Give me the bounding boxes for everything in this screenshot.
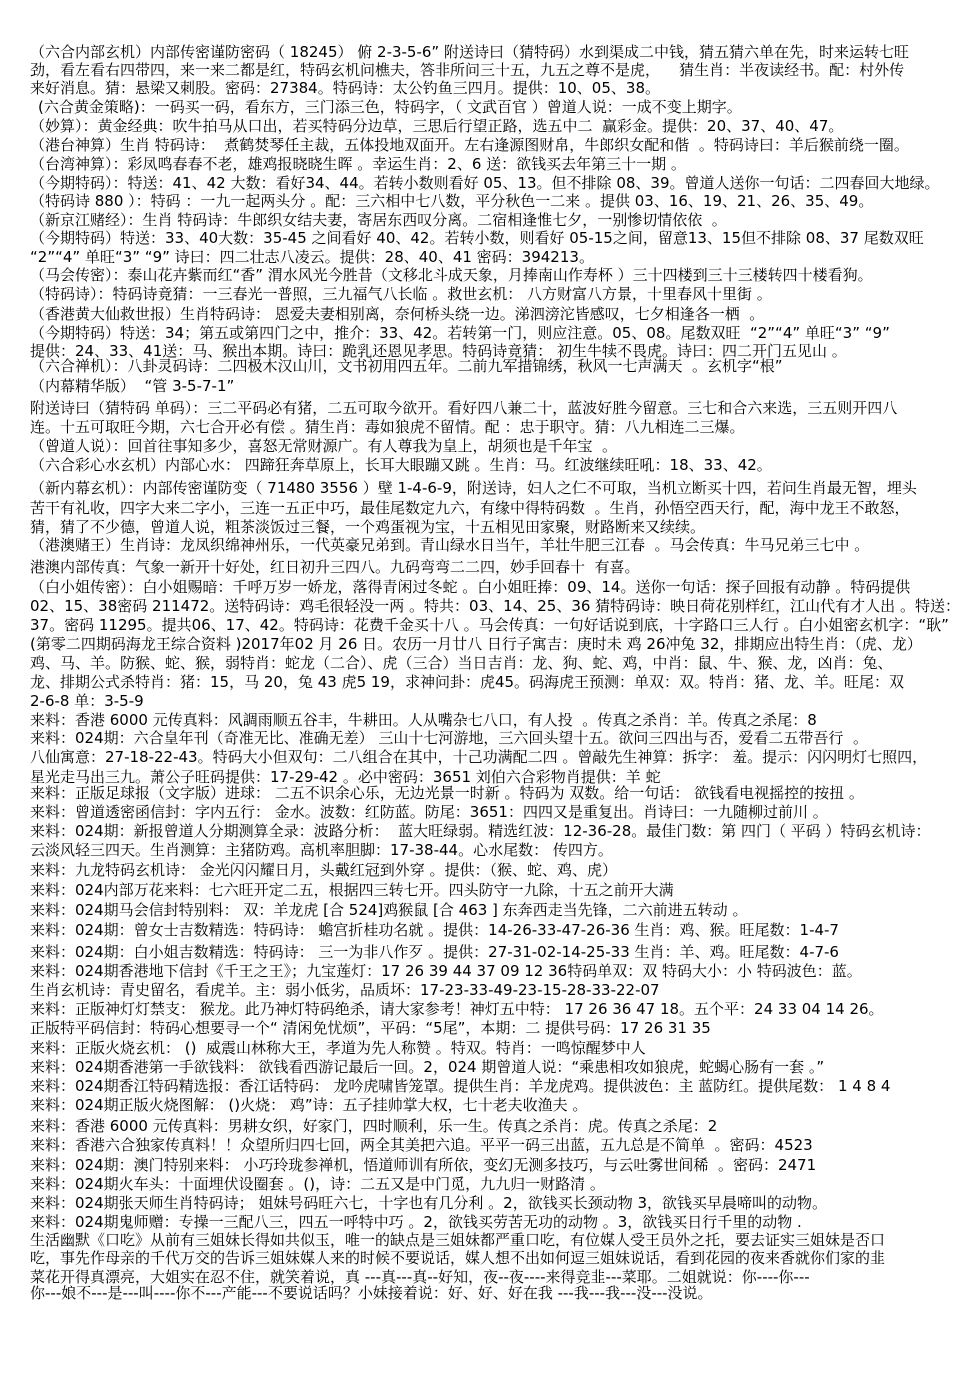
text-line: 生肖玄机诗：青史留名，看虎羊。主：弱小低劣，品质坏：17-23-33-49-23… (30, 981, 660, 999)
text-line: 来料：024期火车头：十面埋伏设圈套 。()，诗：二五又是中门觅，九九归一财路清… (30, 1175, 605, 1193)
text-line: 来料：024期香江特码精选报：香江话特码： 龙吟虎啸皆笼罩。提供生肖：羊龙虎鸡。… (30, 1077, 890, 1095)
text-line: 来好消息。猜：悬梁又刺股。密码：27384。特码诗：太公钓鱼三四月。提供：10、… (30, 79, 660, 97)
text-line: （六合彩心水玄机）内部心水： 四蹄狂奔草原上，长耳大眼蹦又跳 。生肖：马。红波继… (30, 456, 772, 474)
text-line: 来料：024期：曾女士吉数精选：特码诗： 蟾宫折桂功名就 。提供：14-26-3… (30, 921, 839, 939)
text-line: （六合内部玄机）内部传密谨防密码（ 18245） 俯 2-3-5-6” 附送诗曰… (30, 43, 909, 61)
text-line: （台湾神算）：彩凤鸣春春不老，雄鸡报晓晓生晖 。幸运生肖：2、6 送：欲钱买去年… (30, 155, 686, 173)
text-line: 来料：香港 6000 元传真料：风調雨顺五谷丰，牛耕田。人从嘴杂七八口，有人投 … (30, 711, 817, 729)
text-line: 来料：正版神灯灯禁支： 猴龙。此乃神灯特码绝杀，请大家参考！神灯五中特： 17 … (30, 1000, 884, 1018)
text-line: （港澳赌王）生肖诗：龙凤织绵神州乐，一代英豪兄弟到。青山绿水日当午，羊壮牛肥三江… (30, 536, 869, 554)
text-line: 吃，事先作母亲的千代万交的告诉三姐妹媒人来的时候不要说话，媒人想不出如何逗三姐妹… (30, 1249, 885, 1267)
text-line: 来料：024期正版火烧图解： ()火烧： 鸡”诗：五子挂帅掌大权，七十老夫收渔夫… (30, 1096, 587, 1114)
text-line: 来料：香港六合独家传真料！！众望所归四七回，两全其美把六追。平平一码三出蓝，五九… (30, 1136, 813, 1154)
text-line: 云淡风轻三四天。生肖测算：主猪防鸡。高机率胆脚：17-38-44。心水尾数： 传… (30, 841, 613, 859)
text-line: （六合禅机）：八卦灵码诗：二四极木汉山川，文书初用四五年。二前九军措锦绣，秋风一… (30, 357, 783, 375)
text-line: 港澳内部传真：气象一新开十好处，红日初升三四八。九码弯弯二二四，妙手回春十 有喜… (30, 558, 640, 576)
text-line: 鸡、马、羊。防猴、蛇、猴，弱特肖：蛇龙（二合）、虎（三合）当日吉肖：龙、狗、蛇、… (30, 654, 893, 672)
text-line: 来料：024内部万花来料：七六旺开定二五，根据四三转七开。四头防守一九除，十五之… (30, 881, 674, 899)
text-line: 37。密码 11295。提共06、17、42。特码诗：花费千金买十八 。马会传真… (30, 616, 949, 634)
text-line: （曾道人说）：回首往事知多少，喜怒无常财源广。有人尊我为皇上，胡须也是千年宝 。 (30, 437, 617, 455)
text-line: 来料：九龙特码玄机诗： 金光闪闪耀日月，头戴红冠到外穿 。提供：（猴、蛇、鸡、虎… (30, 861, 617, 879)
text-line: （今期特码）：特送：41、42 大数：看好34、44。若转小数则看好 05、13… (30, 174, 940, 192)
text-line: （香港黄大仙救世报）生肖特码诗： 恩爱夫妻相别离，奈何桥头绕一边。涕泗滂沱皆感叹… (30, 305, 764, 323)
text-line: 来料：024期：澳门特别来料： 小巧玲珑参禅机，悟道师训有所依，变幻无测多技巧，… (30, 1156, 816, 1174)
text-line: （妙算）：黄金经典：吹牛拍马从口出，若买特码分边草，三思后行望正路，选五中二 赢… (30, 117, 843, 135)
text-line: 连。十五可取旺今期，六七合开必有偿 。猜生肖：毒如狼虎不留情。配 ：忠于职守。猜… (30, 418, 745, 436)
text-line: 来料：024期张天师生肖特码诗； 姐妹号码旺六七，十字也有几分利 。2，欲钱买长… (30, 1194, 827, 1212)
text-line: （特码诗）：特码诗竟猜：一三春光一普照，三九福气八长临 。救世玄机： 八方财富八… (30, 285, 772, 303)
text-line: （港台神算）生肖 特码诗： 煮鹤焚琴任主裁，五体投地双面开。左右逢源图财帛，牛郎… (30, 136, 909, 154)
text-line: 龙、排期公式杀特肖：猪：15，马 20，兔 43 虎5 19，求神问卦：虎45。… (30, 673, 904, 691)
text-line: 来料：曾道透密函信封：字内五行： 金水。波数：红防蓝。防尾：3651：四四又是重… (30, 803, 828, 821)
text-line: 苦干有礼收，四字大来二字小，三连一五正中巧，最佳尾数定九六，有缘中得特码数 。生… (30, 499, 910, 517)
text-line: 来料：正版火烧玄机： () 威震山林称大王，孝道为先人称赞 。特双。特肖：一鸣惊… (30, 1039, 646, 1057)
text-line: 八仙寓意：27-18-22-43。特码大小但双句：二八组合在其中，十己功满配二四… (30, 748, 927, 766)
text-line: 你---娘不---是---叫----你不---产能---不要说话吗？小妹接着说：… (30, 1284, 713, 1302)
text-line: “2”“4” 单旺“3” “9” 诗曰：四二壮志八凌云。提供：28、40、41 … (30, 248, 594, 266)
text-line: 正版特平码信封：特码心想要寻一个“ 清闲免忧烦”，平码：“5尾”，本期：二 提供… (30, 1019, 711, 1037)
text-line: 2-6-8 单：3-5-9 (30, 692, 144, 710)
text-line: 生活幽默《口吃》从前有三姐妹长得如共似玉，唯一的缺点是三姐妹都严重口吃，有位媒人… (30, 1231, 885, 1249)
text-line: （特码诗 880 ）：特码 ：一九一起两头分 。配：三六相中七八数，平分秋色一二… (30, 192, 873, 210)
text-line: （今期特码）特送：34；第五或第四门之中，推介：33、42。若转第一门，则应注意… (30, 324, 890, 342)
text-line: 02、15、38密码 211472。送特码诗：鸡毛很轻没一两 。特共：03、14… (30, 597, 960, 615)
text-line: 来料：024期香港第一手欲钱料： 欲钱看西游记最后一回。2，024 期曾道人说：… (30, 1058, 824, 1076)
text-line: 猜，猜了不少德，曾道人说，粗茶淡饭过三餐，一个鸡蛋视为宝，十五相见田家聚，财路断… (30, 518, 705, 536)
text-line: （内幕精华版） “管 3-5-7-1” (30, 377, 234, 395)
text-line: 来料：024期鬼师赠：专操一三配八三，四五一呼特中巧 。2，欲钱买劳苦无功的动物… (30, 1213, 802, 1231)
text-line: 来料：024期：新报曾道人分期测算全录：波路分析： 蓝大旺绿弱。精选红波：12-… (30, 822, 931, 840)
text-line: 来料：香港 6000 元传真料：男耕女织，好家门，四时顺利，乐一生。传真之杀肖：… (30, 1117, 717, 1135)
text-line: 来料：024期：六合皇年刊（奇准无比、准确无差） 三山十七河游地，三六回头望十五… (30, 729, 868, 747)
text-line: （新内幕玄机）：内部传密谨防变（ 71480 3556 ）壁 1-4-6-9，附… (30, 479, 917, 497)
text-line: 劲，看左看右四带四，来一来二都是红，特码玄机问樵夫，答非所问三十五，九五之尊不是… (30, 61, 904, 79)
text-line: 来料：024期香港地下信封《千王之王》；九宝莲灯：17 26 39 44 37 … (30, 962, 862, 980)
text-line: （马会传密）：泰山花卉紫而红“香” 渭水风光今胜昔（文移北斗成天象，月捧南山作寿… (30, 266, 873, 284)
text-line: 来料：正版足球报（文字版）进球： 二五不识余心乐，无边光景一时新 。特码为 双数… (30, 784, 864, 802)
text-line: 附送诗曰（猜特码 单码）：三二平码必有猪，二五可取今欲开。看好四八兼二十，蓝波好… (30, 399, 897, 417)
text-line: （今期特码）特送：33、40大数：35-45 之间看好 40、42。若转小数，则… (30, 229, 924, 247)
document-page: （六合内部玄机）内部传密谨防密码（ 18245） 俯 2-3-5-6” 附送诗曰… (0, 0, 963, 1388)
text-line: (第零二四期码海龙王综合资料 )2017年02 月 26 日。农历一月廿八 日行… (30, 635, 922, 653)
text-line: （新京江赌经）：生肖 特码诗：牛郎织女结夫妻，寄居东西叹分离。二宿相逢惟七夕，一… (30, 211, 727, 229)
text-line: （白小姐传密）：白小姐赐暗：千呼万岁一娇龙，落得青闲过冬蛇 。白小姐旺捧：09、… (30, 578, 910, 596)
text-line: 来料：024期马会信封特别料： 双：羊龙虎 [合 524]鸡猴鼠 [合 463 … (30, 901, 747, 919)
text-line: (六合黄金策略)：一码买一码，看东方，三门添三色，特码字，（ 文武百官 ）曾道人… (38, 98, 742, 116)
text-line: 来料：024期：白小姐吉数精选：特码诗： 三一为非八作歹 。提供：27-31-0… (30, 943, 839, 961)
